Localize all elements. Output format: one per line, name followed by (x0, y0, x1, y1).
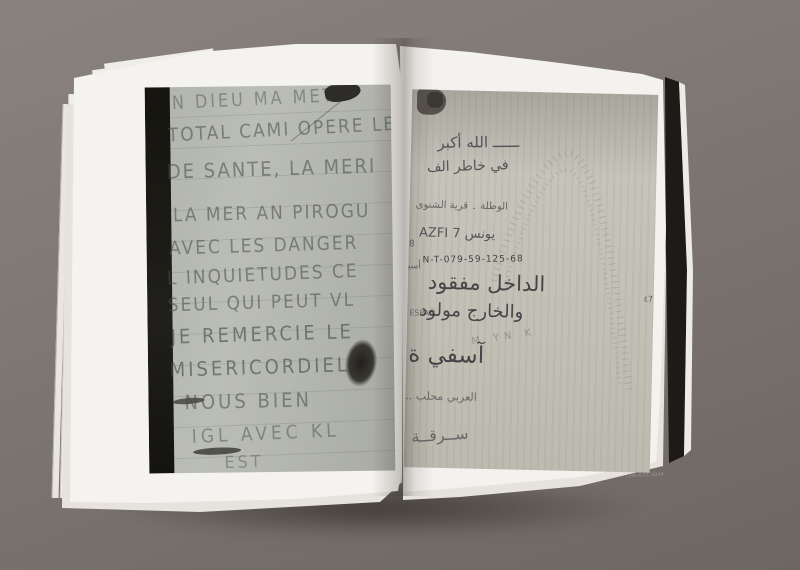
inscription-line: MISERICORDIEL (169, 354, 350, 382)
inscription-line: AVEC LES DANGER (169, 232, 359, 260)
book-gutter-shadow (372, 38, 434, 496)
arabic-line: الداخل مفقود (428, 270, 546, 297)
inscription-line: DE SANTE, LA MERI (166, 155, 376, 184)
french-inscription: N DIEU MA MET TOTAL CAMI OPERE LE DE SAN… (145, 85, 396, 474)
inscription-line: N DIEU MA MET (171, 85, 335, 114)
right-photograph: ــــــ الله أكبر في خاطر الف الوطلة ۔ قر… (404, 89, 659, 472)
inscription-line: TOTAL CAMI OPERE LE (167, 113, 395, 147)
inscription-line: EST (224, 451, 264, 472)
arabic-line: في خاطر الف (427, 157, 509, 175)
left-photograph: N DIEU MA MET TOTAL CAMI OPERE LE DE SAN… (145, 85, 396, 474)
inscription-line: NOUS BIEN (184, 389, 312, 415)
photo-of-open-book: N DIEU MA MET TOTAL CAMI OPERE LE DE SAN… (0, 0, 800, 570)
arabic-line: ــــــ الله أكبر (437, 133, 519, 152)
inscription-line: JE REMERCIE LE (170, 321, 354, 350)
inscription-line: LA MER AN PIROGU (173, 200, 371, 226)
inscription-line: SEUL QUI PEUT VL (167, 289, 355, 316)
cut-off-fragment: ٤7 (644, 295, 654, 304)
inscription-line: IGL AVEC KL (191, 420, 340, 448)
inscription-line: L INQUIETUDES CE (167, 260, 359, 290)
number-line: N-T-079-59-125-68 (423, 254, 524, 265)
